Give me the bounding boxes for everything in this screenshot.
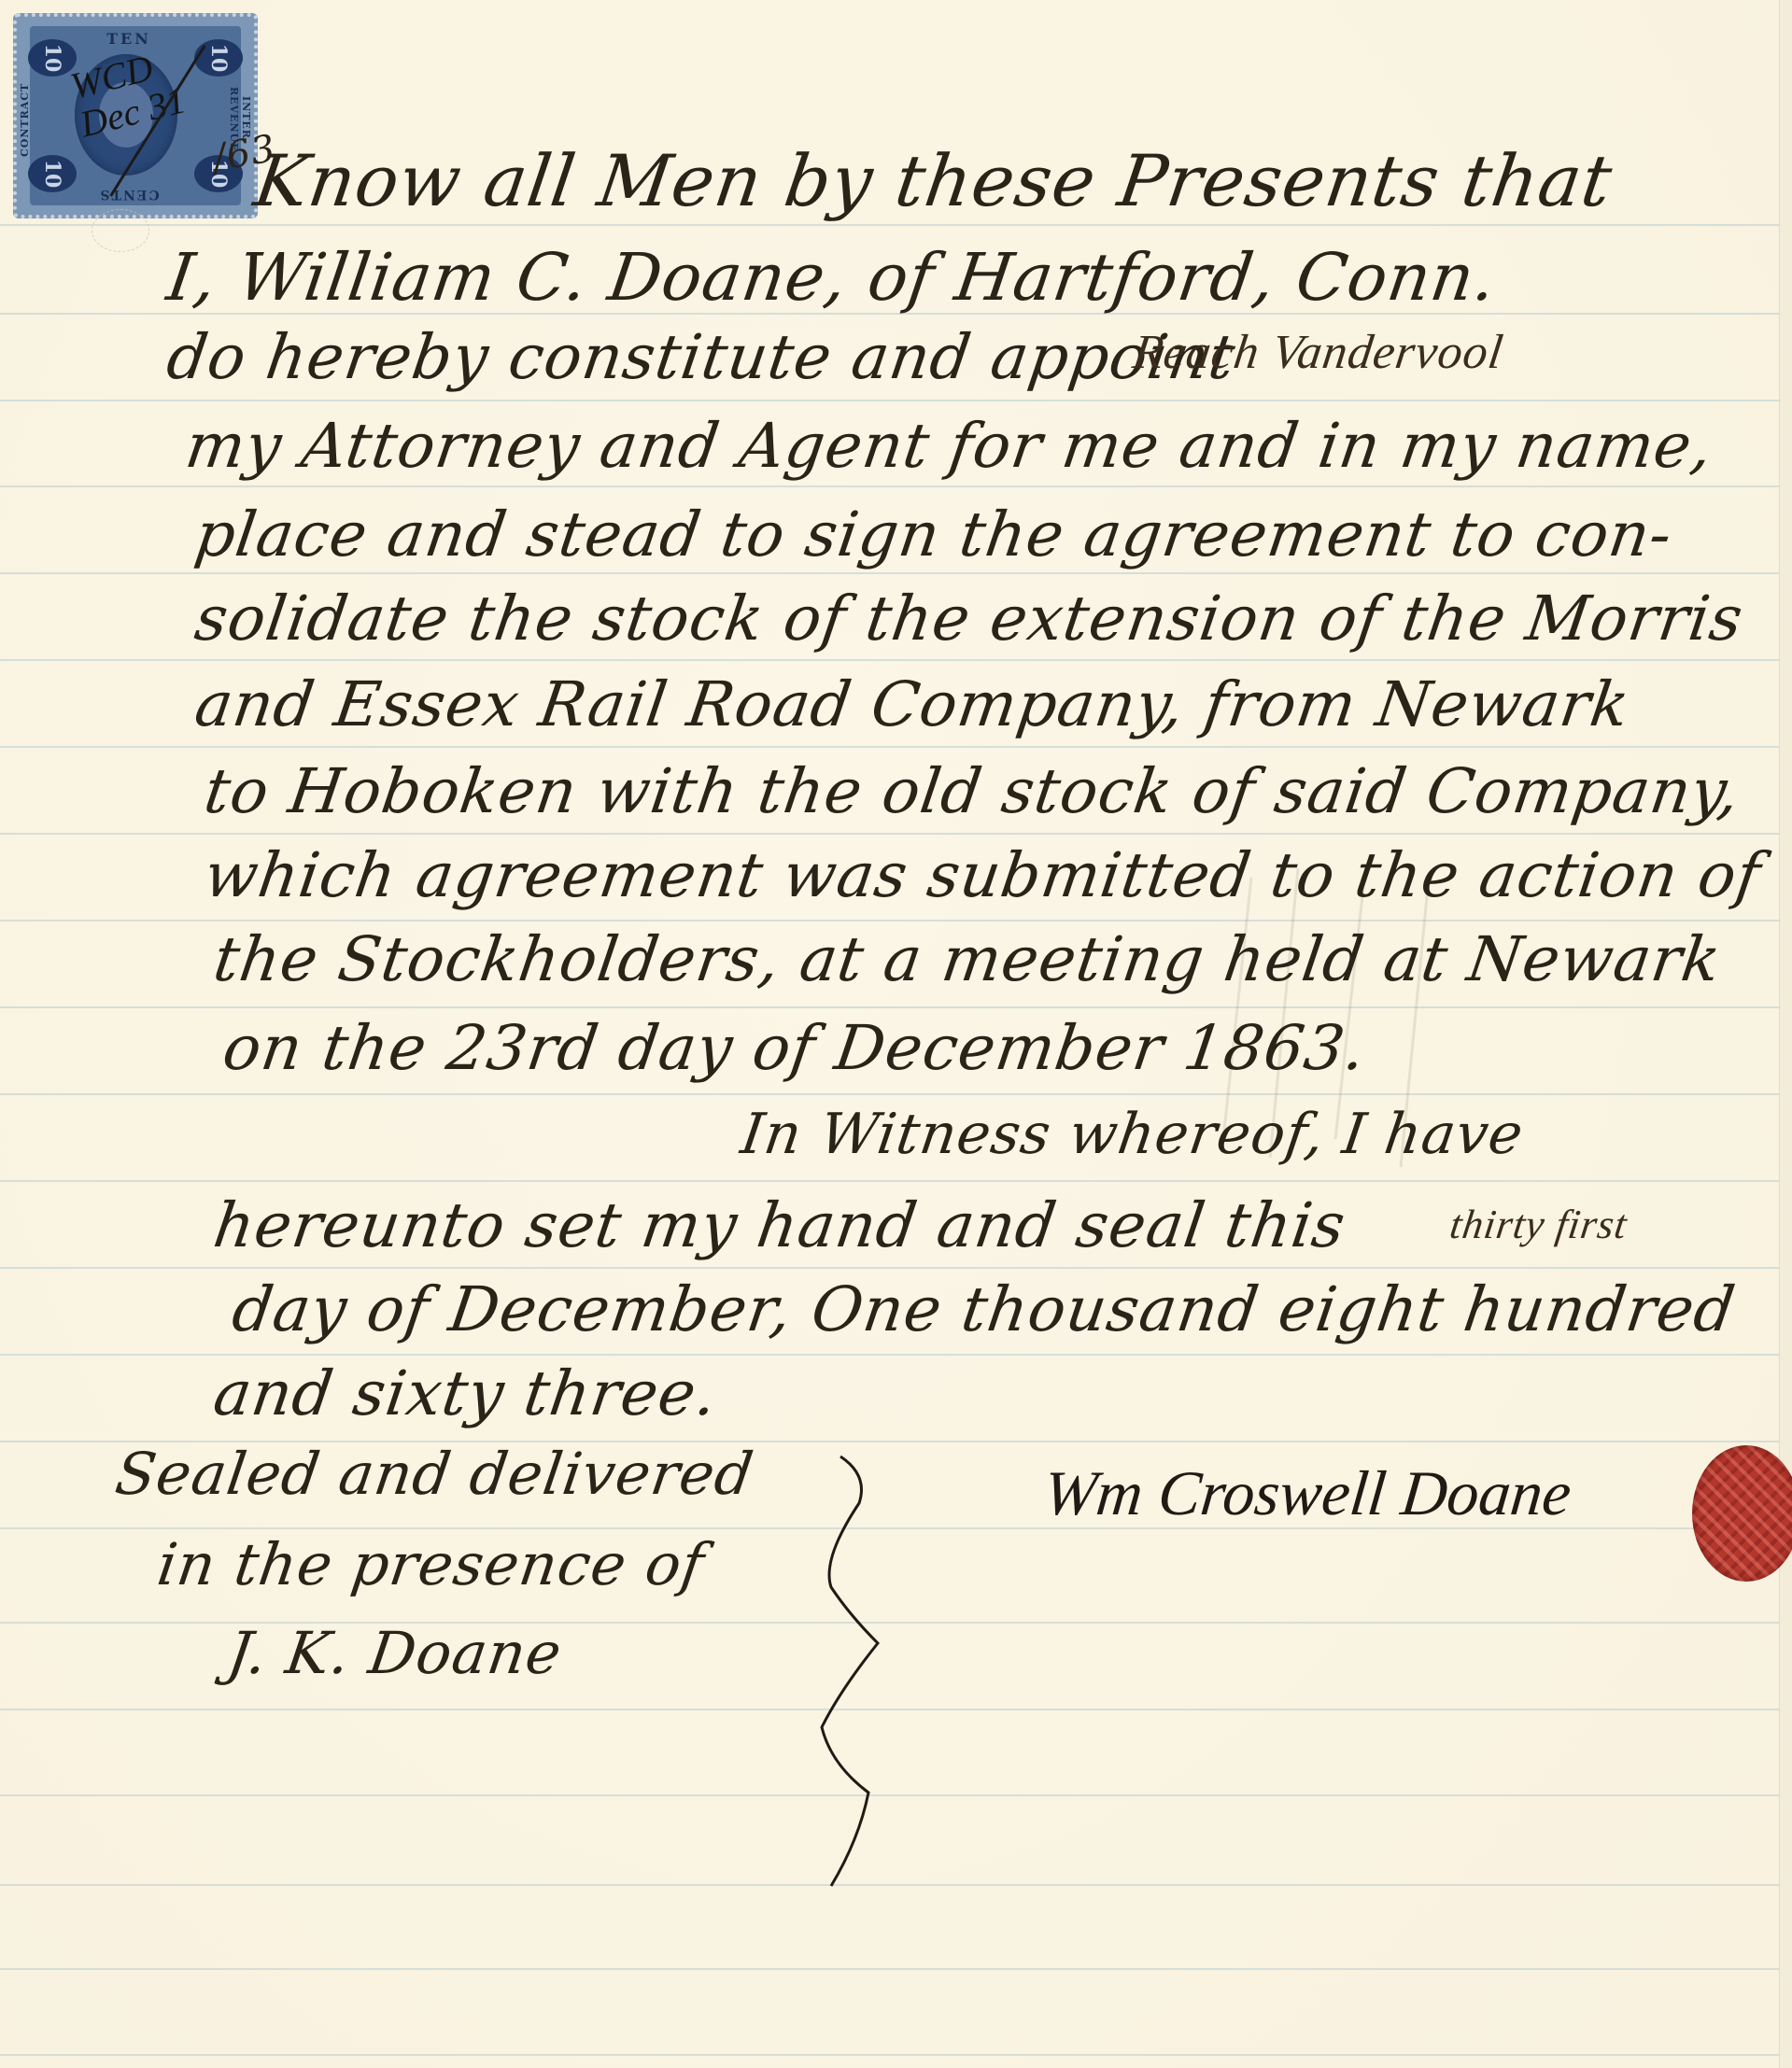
text-line-13: hereunto set my hand and seal this bbox=[210, 1195, 1349, 1257]
rule-line bbox=[0, 2054, 1780, 2056]
text-line-3: do hereby constitute and appoint bbox=[163, 327, 1239, 388]
rule-line bbox=[0, 1006, 1780, 1008]
rule-line bbox=[0, 1354, 1780, 1356]
attestation-line-1: Sealed and delivered bbox=[112, 1445, 757, 1503]
witness-name: J. K. Doane bbox=[224, 1625, 566, 1682]
stamp-left-label: CONTRACT bbox=[19, 73, 35, 166]
rule-line bbox=[0, 572, 1780, 574]
stamp-denomination: 10 bbox=[194, 39, 243, 77]
stamp-denomination: 10 bbox=[28, 155, 77, 192]
text-line-4: my Attorney and Agent for me and in my n… bbox=[182, 415, 1716, 477]
text-line-12: In Witness whereof, I have bbox=[738, 1106, 1527, 1162]
rule-line bbox=[0, 400, 1780, 401]
text-line-11: on the 23rd day of December 1863. bbox=[219, 1018, 1370, 1079]
text-line-15: and sixty three. bbox=[210, 1363, 721, 1425]
faint-handstamp bbox=[92, 209, 149, 252]
text-line-14: day of December, One thousand eight hund… bbox=[229, 1279, 1739, 1341]
text-line-6: solidate the stock of the extension of t… bbox=[191, 588, 1747, 650]
rule-line bbox=[0, 833, 1780, 835]
rule-line bbox=[0, 1180, 1780, 1182]
page-edge bbox=[1779, 0, 1792, 2068]
rule-line bbox=[0, 1267, 1780, 1269]
rule-line bbox=[0, 1968, 1780, 1970]
rule-line bbox=[0, 485, 1780, 487]
inserted-appointee: Reach Vandervool bbox=[1130, 329, 1506, 377]
text-line-1: Know all Men by these Presents that bbox=[250, 146, 1616, 217]
rule-line bbox=[0, 920, 1780, 921]
text-line-2: I, William C. Doane, of Hartford, Conn. bbox=[163, 245, 1501, 310]
signature: Wm Croswell Doane bbox=[1040, 1456, 1574, 1530]
text-line-8: to Hoboken with the old stock of said Co… bbox=[201, 761, 1743, 823]
attestation-line-2: in the presence of bbox=[154, 1536, 708, 1594]
rule-line bbox=[0, 1093, 1780, 1095]
rule-line bbox=[0, 224, 1780, 226]
rule-line bbox=[0, 659, 1780, 661]
text-line-10: the Stockholders, at a meeting held at N… bbox=[210, 929, 1725, 991]
stamp-bottom-label: CENTS bbox=[86, 187, 172, 202]
inserted-day: thirty first bbox=[1447, 1204, 1630, 1245]
revenue-stamp: TEN CENTS CONTRACT INTER. REVENUE 10 10 … bbox=[13, 13, 258, 218]
text-line-9: which agreement was submitted to the act… bbox=[201, 845, 1765, 907]
wax-seal bbox=[1692, 1445, 1792, 1582]
stamp-top-label: TEN bbox=[92, 30, 166, 48]
text-line-5: place and stead to sign the agreement to… bbox=[191, 504, 1676, 566]
brace-mark bbox=[803, 1447, 915, 1895]
text-line-7: and Essex Rail Road Company, from Newark bbox=[191, 674, 1633, 736]
rule-line bbox=[0, 746, 1780, 748]
